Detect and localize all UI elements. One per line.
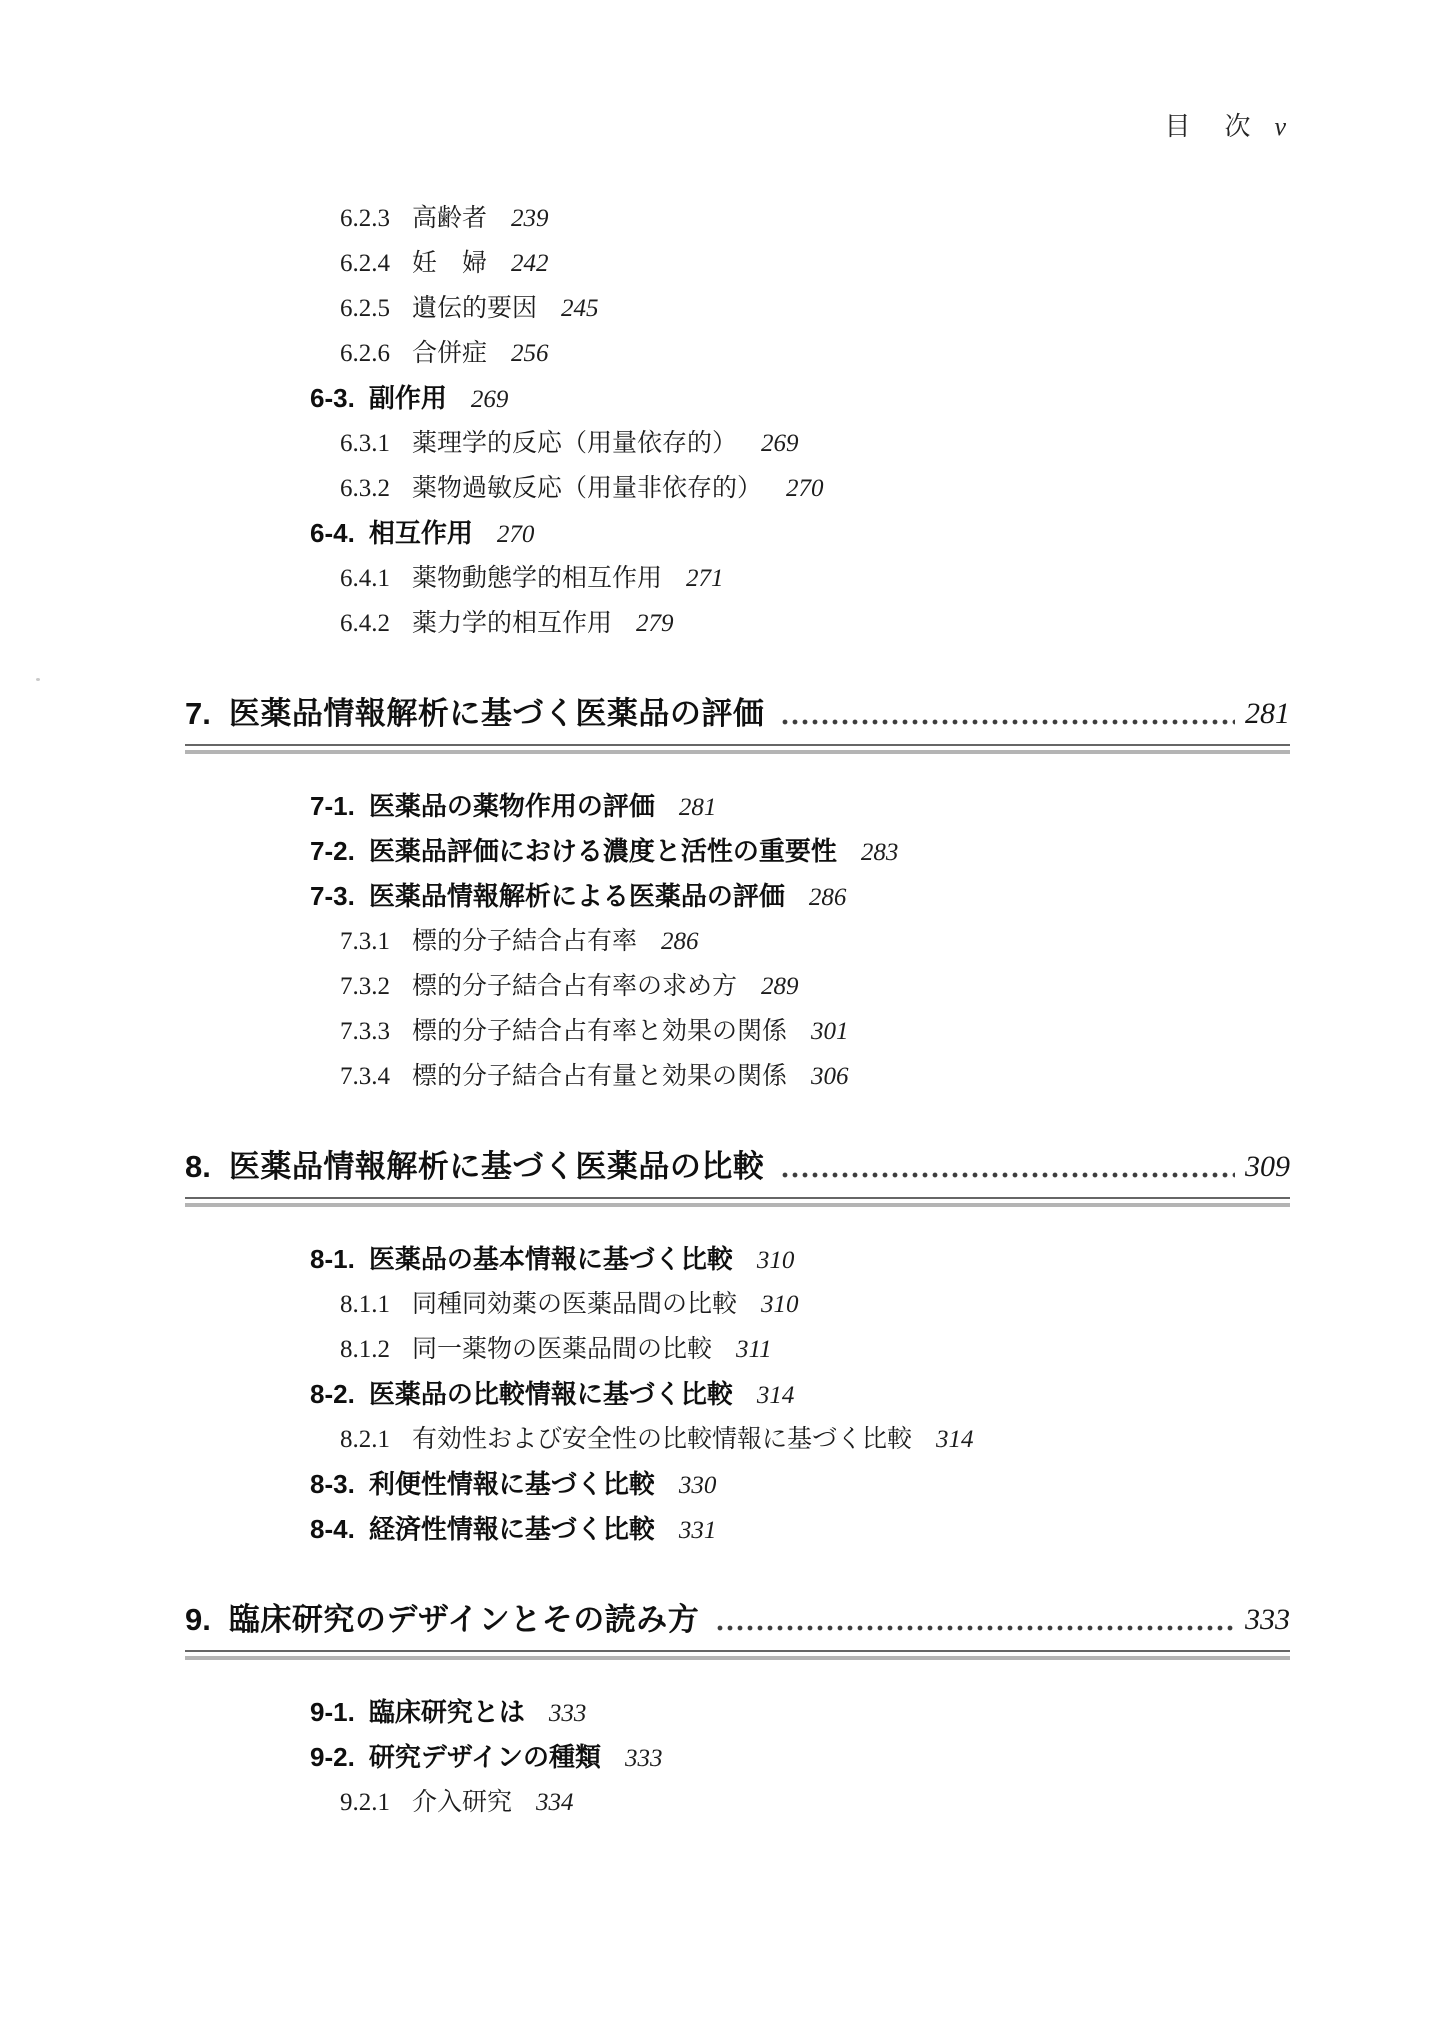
entry-number: 9-2. xyxy=(310,1742,355,1772)
entry-page-number: 286 xyxy=(661,928,699,955)
scan-speck xyxy=(36,678,40,681)
entry-list: 6.2.3高齢者2396.2.4妊 婦2426.2.5遺伝的要因2456.2.6… xyxy=(185,196,1290,646)
entry-title: 合併症 xyxy=(412,340,487,367)
toc-entry: 8-3.利便性情報に基づく比較330 xyxy=(310,1462,1290,1507)
toc-entry: 6.2.4妊 婦242 xyxy=(340,241,1290,286)
running-header-page-number: v xyxy=(1274,112,1286,142)
entry-page-number: 333 xyxy=(549,1700,587,1727)
toc-entry: 7-3.医薬品情報解析による医薬品の評価286 xyxy=(310,874,1290,919)
entry-number: 6-3. xyxy=(310,383,355,413)
chapter-title: 臨床研究のデザインとその読み方 xyxy=(229,1598,699,1642)
entry-title: 経済性情報に基づく比較 xyxy=(369,1514,655,1544)
entry-number: 6.3.1 xyxy=(340,430,390,457)
toc: 6.2.3高齢者2396.2.4妊 婦2426.2.5遺伝的要因2456.2.6… xyxy=(185,0,1290,1825)
entry-page-number: 289 xyxy=(761,973,799,1000)
toc-entry: 7.3.4標的分子結合占有量と効果の関係306 xyxy=(340,1054,1290,1099)
entry-page-number: 242 xyxy=(511,250,549,277)
chapter-number: 8. xyxy=(185,1145,211,1189)
entry-page-number: 330 xyxy=(679,1472,717,1499)
entry-title: 標的分子結合占有率 xyxy=(412,928,637,955)
entry-page-number: 334 xyxy=(536,1789,574,1816)
toc-entry: 8.1.1同種同効薬の医薬品間の比較310 xyxy=(340,1282,1290,1327)
toc-entry: 7.3.2標的分子結合占有率の求め方289 xyxy=(340,964,1290,1009)
entry-title: 介入研究 xyxy=(412,1789,512,1816)
entry-page-number: 333 xyxy=(625,1745,663,1772)
entry-page-number: 331 xyxy=(679,1517,717,1544)
entry-page-number: 314 xyxy=(936,1426,974,1453)
entry-number: 8.1.1 xyxy=(340,1291,390,1318)
entry-number: 8-2. xyxy=(310,1379,355,1409)
entry-page-number: 279 xyxy=(636,610,674,637)
entry-number: 8-4. xyxy=(310,1514,355,1544)
entry-number: 9.2.1 xyxy=(340,1789,390,1816)
entry-title: 標的分子結合占有量と効果の関係 xyxy=(412,1063,787,1090)
entry-number: 8-1. xyxy=(310,1244,355,1274)
chapter-rule xyxy=(185,1650,1290,1660)
chapter-number: 7. xyxy=(185,692,211,736)
chapter-rule xyxy=(185,744,1290,754)
running-header: 目 次 v xyxy=(1164,106,1286,143)
toc-entry: 6.4.1薬物動態学的相互作用271 xyxy=(340,556,1290,601)
entry-page-number: 269 xyxy=(761,430,799,457)
entry-title: 標的分子結合占有率の求め方 xyxy=(412,973,737,1000)
chapter-heading: 7.医薬品情報解析に基づく医薬品の評価281 xyxy=(185,692,1290,736)
entry-number: 6.2.5 xyxy=(340,295,390,322)
entry-title: 高齢者 xyxy=(412,205,487,232)
entry-title: 標的分子結合占有率と効果の関係 xyxy=(412,1018,787,1045)
entry-page-number: 286 xyxy=(809,884,847,911)
toc-entry: 6-4.相互作用270 xyxy=(310,511,1290,556)
chapter-rule xyxy=(185,1197,1290,1207)
entry-page-number: 310 xyxy=(761,1291,799,1318)
entry-title: 妊 婦 xyxy=(412,250,487,277)
entry-page-number: 281 xyxy=(679,794,717,821)
chapter-section: 8.医薬品情報解析に基づく医薬品の比較3098-1.医薬品の基本情報に基づく比較… xyxy=(185,1145,1290,1552)
entry-title: 医薬品情報解析による医薬品の評価 xyxy=(369,881,785,911)
entry-number: 6.2.3 xyxy=(340,205,390,232)
entry-page-number: 306 xyxy=(811,1063,849,1090)
toc-entry: 9-2.研究デザインの種類333 xyxy=(310,1735,1290,1780)
toc-entry: 6.3.2薬物過敏反応（用量非依存的）270 xyxy=(340,466,1290,511)
toc-entry: 6.2.3高齢者239 xyxy=(340,196,1290,241)
dotted-leader xyxy=(780,719,1235,725)
entry-title: 副作用 xyxy=(369,383,447,413)
entry-title: 薬物動態学的相互作用 xyxy=(412,565,662,592)
entry-page-number: 270 xyxy=(786,475,824,502)
toc-entry: 8.1.2同一薬物の医薬品間の比較311 xyxy=(340,1327,1290,1372)
toc-entry: 6.3.1薬理学的反応（用量依存的）269 xyxy=(340,421,1290,466)
dotted-leader xyxy=(715,1625,1235,1631)
entry-list: 9-1.臨床研究とは3339-2.研究デザインの種類3339.2.1介入研究33… xyxy=(185,1690,1290,1825)
entry-number: 6.2.4 xyxy=(340,250,390,277)
entry-title: 薬物過敏反応（用量非依存的） xyxy=(412,475,762,502)
entry-title: 臨床研究とは xyxy=(369,1697,525,1727)
entry-page-number: 310 xyxy=(757,1247,795,1274)
entry-number: 6-4. xyxy=(310,518,355,548)
entry-title: 利便性情報に基づく比較 xyxy=(369,1469,655,1499)
toc-entry: 8-4.経済性情報に基づく比較331 xyxy=(310,1507,1290,1552)
entry-number: 8.2.1 xyxy=(340,1426,390,1453)
entry-page-number: 270 xyxy=(497,521,535,548)
entry-title: 医薬品の基本情報に基づく比較 xyxy=(369,1244,733,1274)
toc-entry: 6-3.副作用269 xyxy=(310,376,1290,421)
entry-number: 7-2. xyxy=(310,836,355,866)
chapter-heading: 9.臨床研究のデザインとその読み方333 xyxy=(185,1598,1290,1642)
entry-title: 薬力学的相互作用 xyxy=(412,610,612,637)
toc-entry: 6.2.6合併症256 xyxy=(340,331,1290,376)
entry-number: 7-1. xyxy=(310,791,355,821)
entry-title: 医薬品評価における濃度と活性の重要性 xyxy=(369,836,837,866)
toc-entry: 7-1.医薬品の薬物作用の評価281 xyxy=(310,784,1290,829)
entry-title: 有効性および安全性の比較情報に基づく比較 xyxy=(412,1426,912,1453)
entry-number: 6.4.2 xyxy=(340,610,390,637)
entry-title: 研究デザインの種類 xyxy=(369,1742,601,1772)
entry-page-number: 314 xyxy=(757,1382,795,1409)
toc-page: 目 次 v 6.2.3高齢者2396.2.4妊 婦2426.2.5遺伝的要因24… xyxy=(0,0,1432,1825)
chapter-section: 9.臨床研究のデザインとその読み方3339-1.臨床研究とは3339-2.研究デ… xyxy=(185,1598,1290,1825)
entry-title: 相互作用 xyxy=(369,518,473,548)
entry-title: 同一薬物の医薬品間の比較 xyxy=(412,1336,712,1363)
entry-title: 薬理学的反応（用量依存的） xyxy=(412,430,737,457)
toc-entry: 8.2.1有効性および安全性の比較情報に基づく比較314 xyxy=(340,1417,1290,1462)
chapter-heading: 8.医薬品情報解析に基づく医薬品の比較309 xyxy=(185,1145,1290,1189)
entry-number: 7.3.2 xyxy=(340,973,390,1000)
entry-number: 9-1. xyxy=(310,1697,355,1727)
entry-number: 8-3. xyxy=(310,1469,355,1499)
entry-title: 医薬品の薬物作用の評価 xyxy=(369,791,655,821)
running-header-title: 目 次 xyxy=(1164,106,1254,143)
entry-number: 8.1.2 xyxy=(340,1336,390,1363)
entry-page-number: 301 xyxy=(811,1018,849,1045)
entry-number: 7.3.4 xyxy=(340,1063,390,1090)
entry-page-number: 245 xyxy=(561,295,599,322)
dotted-leader xyxy=(780,1172,1235,1178)
entry-list: 8-1.医薬品の基本情報に基づく比較3108.1.1同種同効薬の医薬品間の比較3… xyxy=(185,1237,1290,1552)
toc-entry: 6.2.5遺伝的要因245 xyxy=(340,286,1290,331)
entry-number: 7.3.3 xyxy=(340,1018,390,1045)
entry-title: 医薬品の比較情報に基づく比較 xyxy=(369,1379,733,1409)
entry-list: 7-1.医薬品の薬物作用の評価2817-2.医薬品評価における濃度と活性の重要性… xyxy=(185,784,1290,1099)
toc-entry: 8-2.医薬品の比較情報に基づく比較314 xyxy=(310,1372,1290,1417)
chapter-title: 医薬品情報解析に基づく医薬品の評価 xyxy=(229,692,765,736)
toc-entry: 6.4.2薬力学的相互作用279 xyxy=(340,601,1290,646)
chapter-section: 7.医薬品情報解析に基づく医薬品の評価2817-1.医薬品の薬物作用の評価281… xyxy=(185,692,1290,1099)
entry-number: 7-3. xyxy=(310,881,355,911)
chapter-page-number: 333 xyxy=(1245,1598,1290,1642)
entry-number: 6.3.2 xyxy=(340,475,390,502)
toc-entry: 7.3.1標的分子結合占有率286 xyxy=(340,919,1290,964)
toc-entry: 7.3.3標的分子結合占有率と効果の関係301 xyxy=(340,1009,1290,1054)
toc-entry: 9.2.1介入研究334 xyxy=(340,1780,1290,1825)
toc-entry: 9-1.臨床研究とは333 xyxy=(310,1690,1290,1735)
chapter-number: 9. xyxy=(185,1598,211,1642)
chapter-title: 医薬品情報解析に基づく医薬品の比較 xyxy=(229,1145,765,1189)
entry-page-number: 283 xyxy=(861,839,899,866)
toc-entry: 7-2.医薬品評価における濃度と活性の重要性283 xyxy=(310,829,1290,874)
entry-title: 同種同効薬の医薬品間の比較 xyxy=(412,1291,737,1318)
entry-page-number: 269 xyxy=(471,386,509,413)
toc-continuation-section: 6.2.3高齢者2396.2.4妊 婦2426.2.5遺伝的要因2456.2.6… xyxy=(185,196,1290,646)
toc-entry: 8-1.医薬品の基本情報に基づく比較310 xyxy=(310,1237,1290,1282)
entry-number: 6.2.6 xyxy=(340,340,390,367)
entry-number: 6.4.1 xyxy=(340,565,390,592)
entry-title: 遺伝的要因 xyxy=(412,295,537,322)
chapter-page-number: 281 xyxy=(1245,692,1290,736)
entry-number: 7.3.1 xyxy=(340,928,390,955)
entry-page-number: 239 xyxy=(511,205,549,232)
entry-page-number: 271 xyxy=(686,565,724,592)
chapter-page-number: 309 xyxy=(1245,1145,1290,1189)
entry-page-number: 311 xyxy=(736,1336,772,1363)
entry-page-number: 256 xyxy=(511,340,549,367)
